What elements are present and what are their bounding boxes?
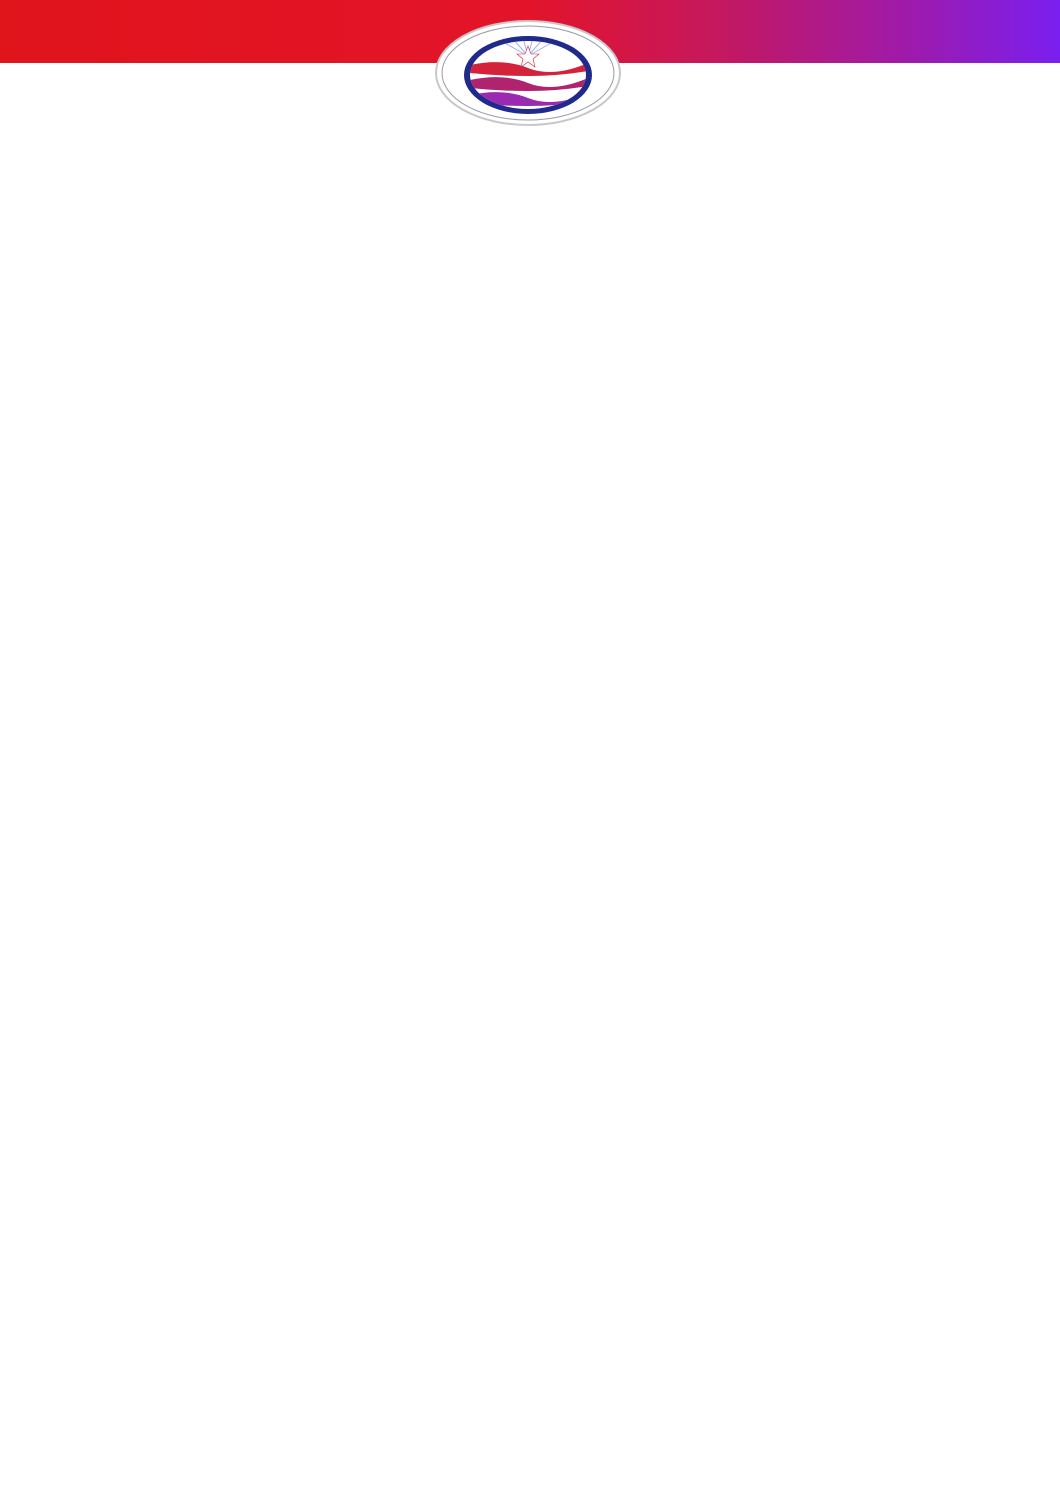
university-logo [433, 18, 623, 128]
